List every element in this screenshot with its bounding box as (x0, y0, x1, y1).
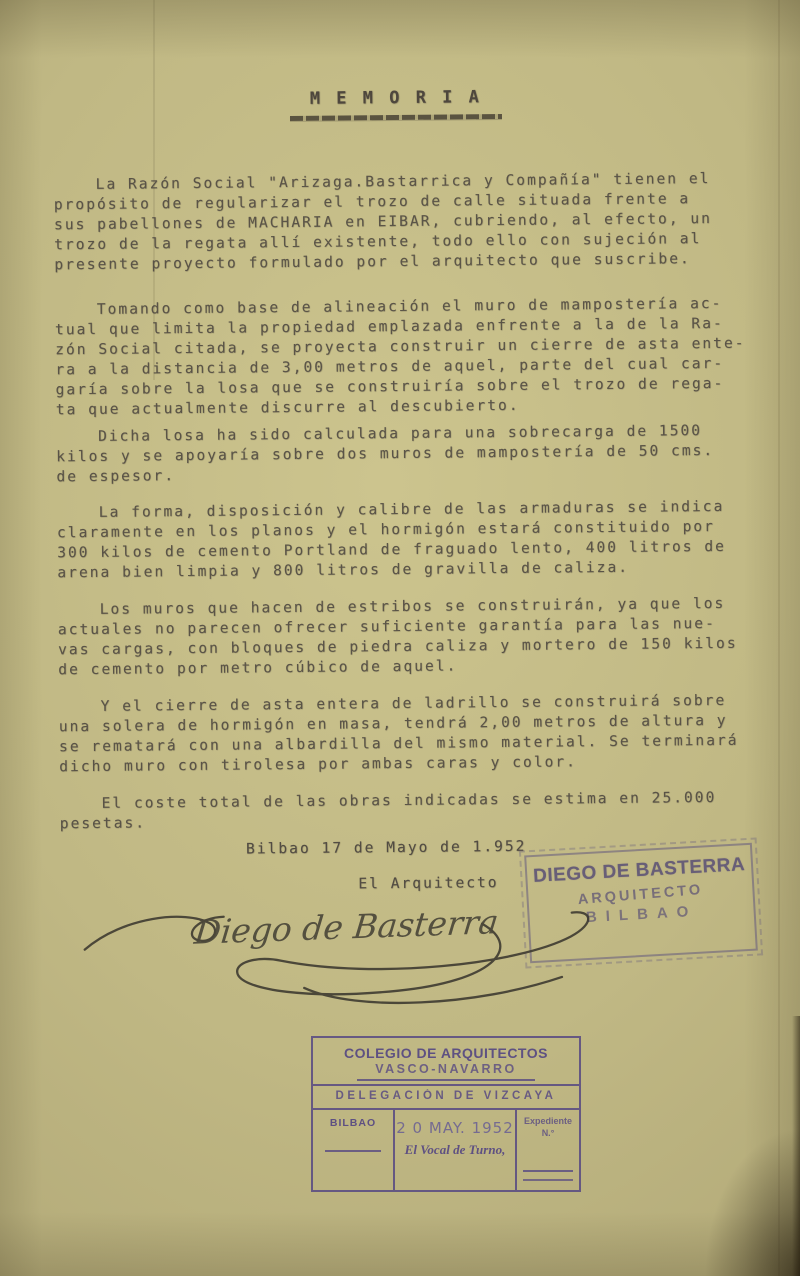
college-stamp-vocal: El Vocal de Turno, (395, 1142, 515, 1158)
college-stamp: COLEGIO DE ARQUITECTOS VASCO-NAVARRO DEL… (311, 1036, 581, 1192)
document-title: M E M O R I A (0, 84, 796, 112)
signer-role-label: El Arquitecto (358, 873, 498, 894)
architect-stamp: DIEGO DE BASTERRA ARQUITECTO BILBAO (524, 843, 758, 964)
paragraph-6: Y el cierre de asta entera de ladrillo s… (59, 691, 762, 778)
paragraph-3: Dicha losa ha sido calculada para una so… (56, 421, 759, 488)
college-stamp-city-cell: BILBAO (313, 1110, 395, 1190)
paragraph-4: La forma, disposición y calibre de las a… (57, 497, 760, 584)
expediente-number-label: N.° (542, 1128, 555, 1138)
college-stamp-date: 2 0 MAY. 1952 (395, 1119, 515, 1137)
paragraph-1: La Razón Social "Arizaga.Bastarrica y Co… (54, 169, 757, 276)
college-stamp-delegation: DELEGACIÓN DE VIZCAYA (313, 1086, 579, 1105)
expediente-write-line (523, 1170, 573, 1172)
college-stamp-columns: BILBAO 2 0 MAY. 1952 El Vocal de Turno, … (313, 1110, 579, 1190)
paragraph-2: Tomando como base de alineación el muro … (55, 294, 758, 421)
expediente-word: Expediente (524, 1116, 572, 1126)
college-stamp-region-underline (357, 1079, 535, 1081)
document-page: M E M O R I A La Razón Social "Arizaga.B… (0, 0, 800, 1276)
college-stamp-header: COLEGIO DE ARQUITECTOS (313, 1045, 579, 1061)
paragraph-7: El coste total de las obras indicadas se… (59, 788, 761, 835)
college-stamp-city: BILBAO (313, 1117, 393, 1129)
college-stamp-date-cell: 2 0 MAY. 1952 El Vocal de Turno, (395, 1110, 515, 1190)
expediente-write-line (523, 1179, 573, 1181)
college-stamp-expediente-label: Expediente N.° (517, 1116, 579, 1139)
college-stamp-city-line (325, 1150, 381, 1152)
college-stamp-expediente-cell: Expediente N.° (515, 1110, 579, 1190)
dateline: Bilbao 17 de Mayo de 1.952 (246, 837, 527, 860)
title-underline (290, 114, 502, 121)
paragraph-5: Los muros que hacen de estribos se const… (58, 594, 761, 681)
college-stamp-region: VASCO-NAVARRO (313, 1062, 579, 1079)
